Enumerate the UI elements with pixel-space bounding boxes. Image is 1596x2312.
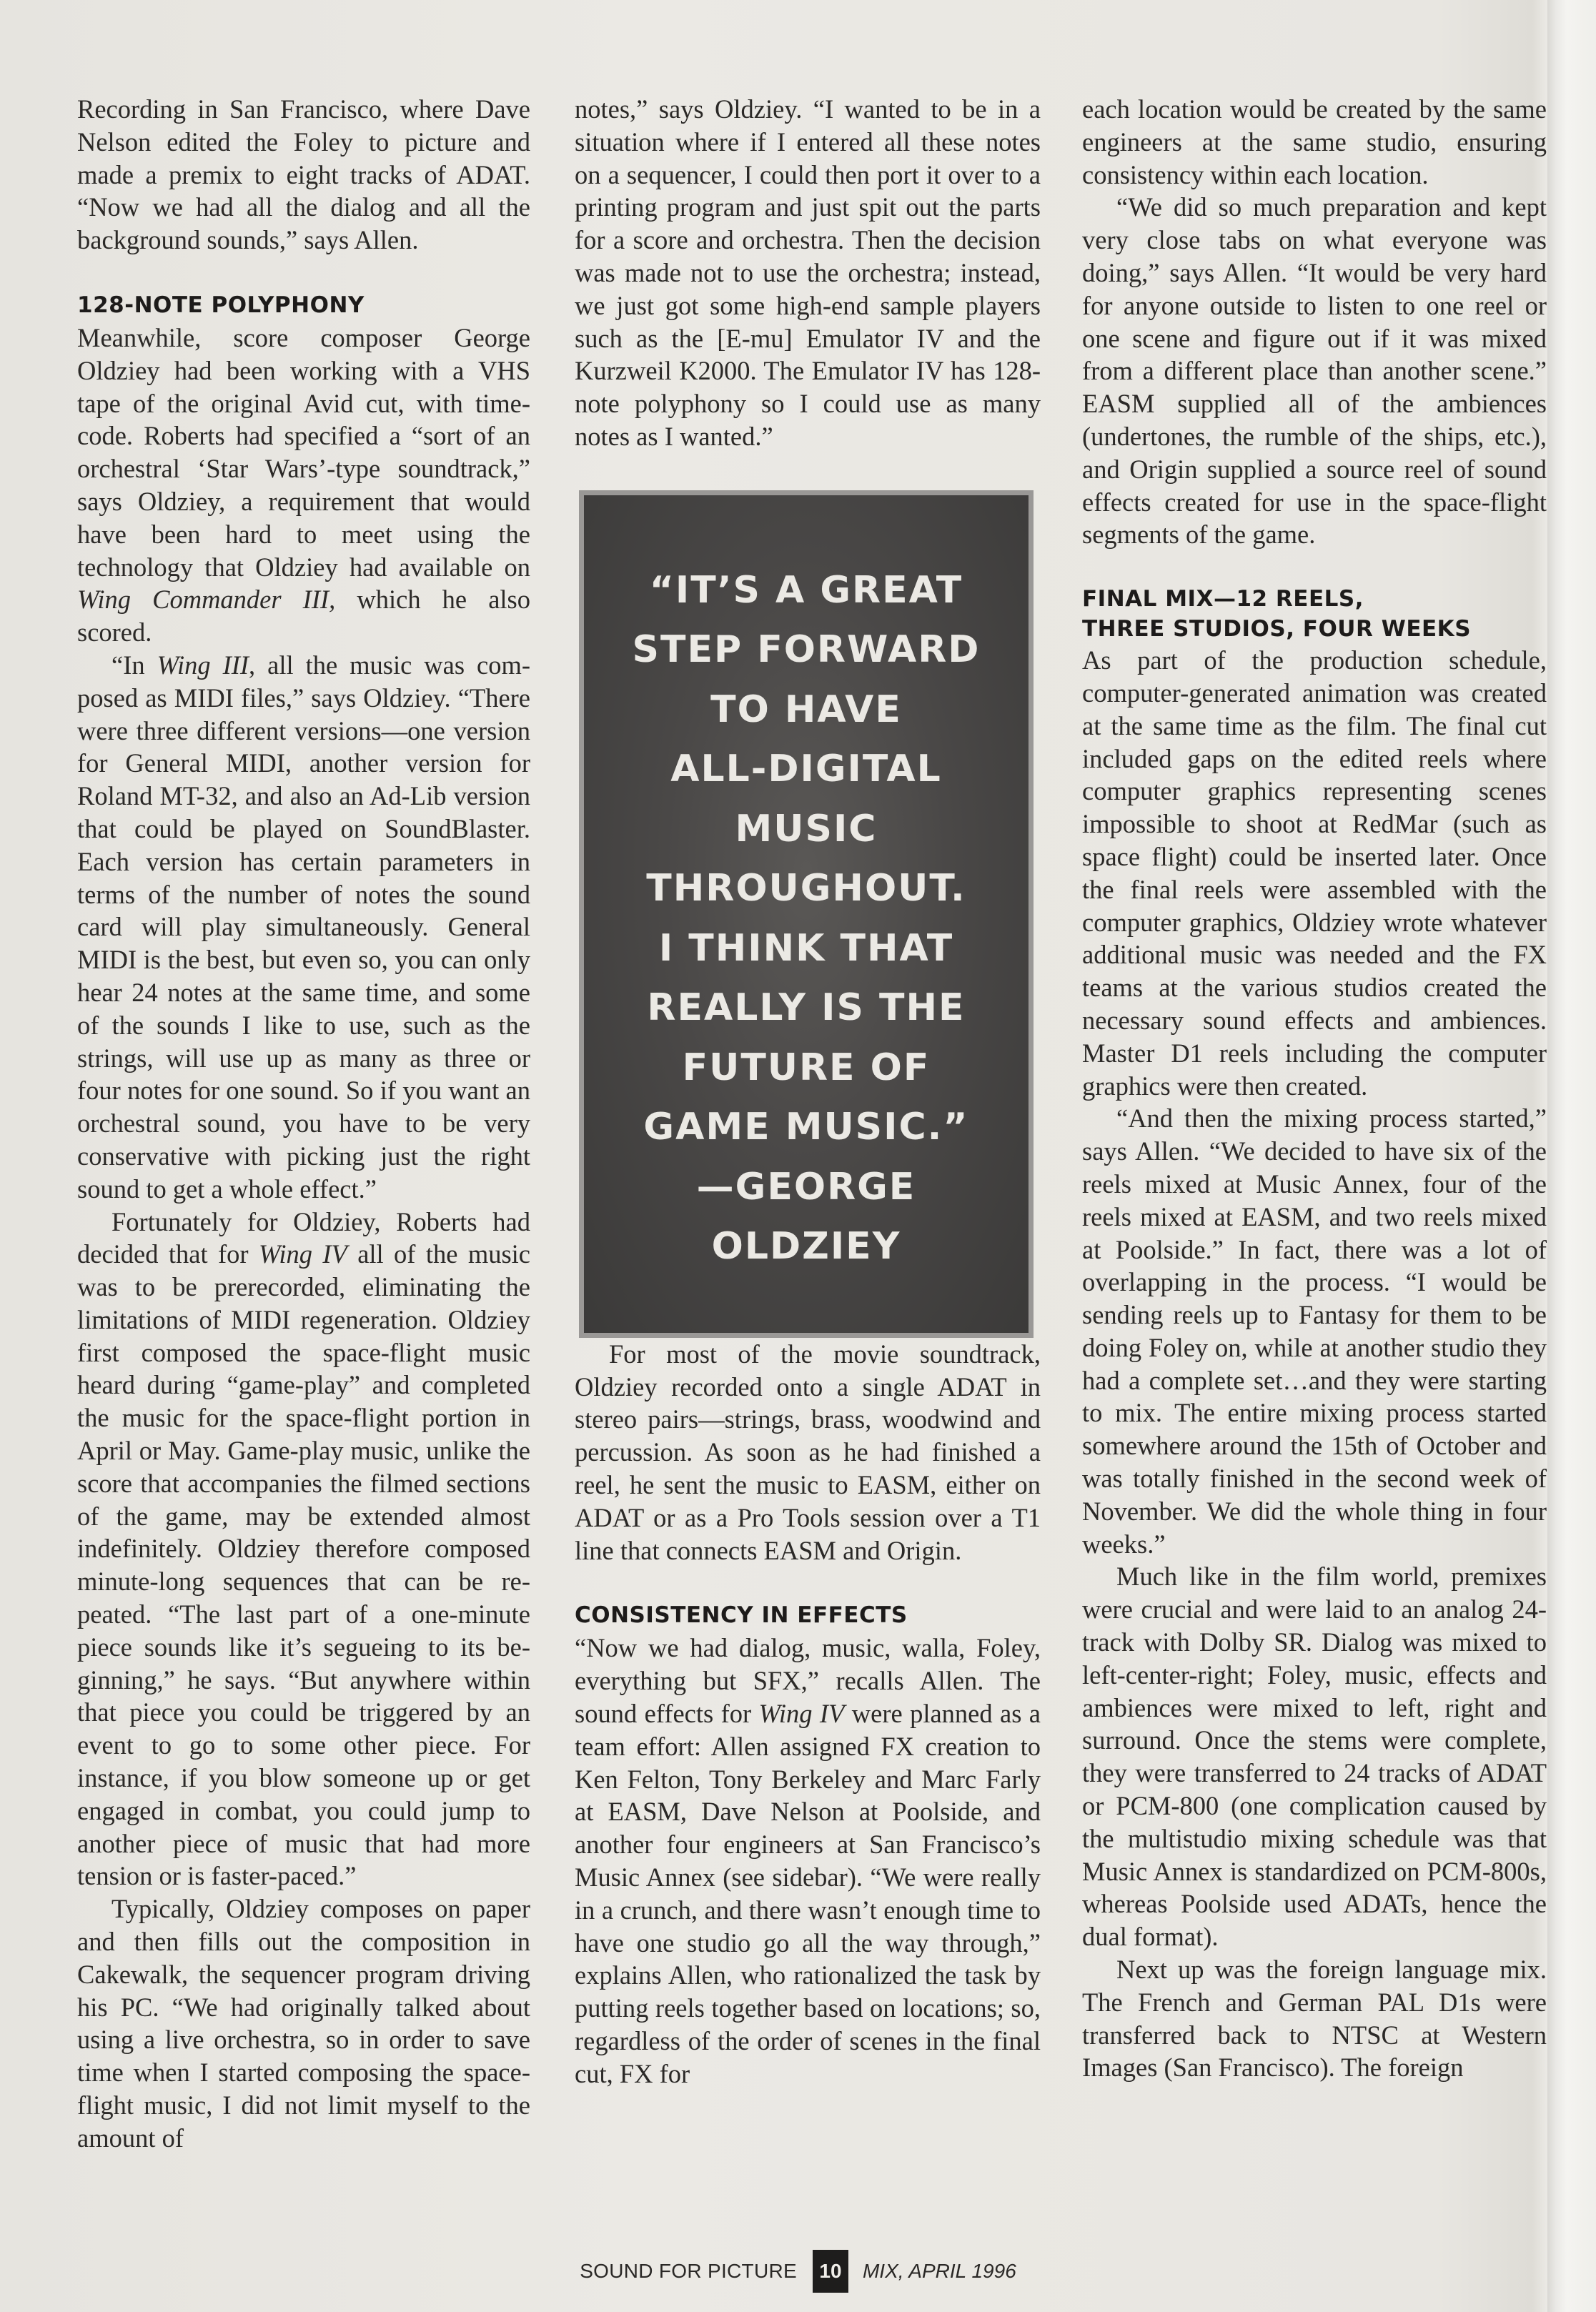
body-paragraph: “We did so much preparation and kept ver…: [1082, 191, 1547, 551]
italic-title: Wing IV: [759, 1699, 845, 1728]
body-paragraph: Typically, Oldziey composes on paper and…: [77, 1892, 530, 2154]
pull-quote-line: ALL-DIGITAL: [670, 740, 941, 800]
article-column-3: each location would be created by the sa…: [1082, 93, 1547, 2084]
text-run: Meanwhile, score composer George Oldziey…: [77, 323, 530, 582]
pull-quote-line: “IT’S A GREAT: [650, 561, 963, 621]
page-footer: SOUND FOR PICTURE 10 MIX, APRIL 1996: [0, 2251, 1596, 2291]
italic-title: Wing Commander III,: [77, 585, 335, 614]
section-heading-consistency: CONSISTENCY IN EFFECTS: [575, 1599, 1041, 1632]
body-paragraph: Fortunately for Oldziey, Roberts had dec…: [77, 1206, 530, 1893]
body-paragraph: “And then the mixing process start­ed,” …: [1082, 1102, 1547, 1560]
text-run: “In: [111, 650, 157, 680]
section-heading-final-mix: FINAL MIX—12 REELS, THREE STUDIOS, FOUR …: [1082, 584, 1547, 644]
pull-quote-attribution: —GEORGE: [697, 1158, 916, 1218]
pull-quote-line: STEP FORWARD: [633, 620, 981, 680]
footer-issue-date: MIX, APRIL 1996: [863, 2260, 1016, 2283]
pull-quote-line: TO HAVE: [710, 680, 902, 740]
pull-quote-box: “IT’S A GREAT STEP FORWARD TO HAVE ALL-D…: [579, 490, 1034, 1338]
pull-quote-line: GAME MUSIC.”: [643, 1098, 968, 1158]
pull-quote-attribution: OLDZIEY: [712, 1217, 901, 1277]
article-column-1: Recording in San Francisco, where Dave N…: [77, 93, 530, 2155]
body-paragraph: “Now we had dialog, music, walla, Foley,…: [575, 1632, 1041, 2090]
body-paragraph: “In Wing III, all the music was com­pose…: [77, 649, 530, 1206]
text-run: all of the music was to be prerecorded, …: [77, 1239, 530, 1890]
body-paragraph: For most of the movie soundtrack, Oldzie…: [575, 1338, 1041, 1567]
page-edge-shadow: [1547, 0, 1596, 2312]
pull-quote-line: FUTURE OF: [683, 1038, 931, 1098]
pull-quote-line: THROUGHOUT.: [646, 859, 966, 919]
footer-section-name: SOUND FOR PICTURE: [580, 2260, 797, 2283]
article-column-2: notes,” says Oldziey. “I wanted to be in…: [575, 93, 1041, 2090]
pull-quote-line: REALLY IS THE: [647, 978, 965, 1038]
body-paragraph: each location would be created by the sa…: [1082, 93, 1547, 191]
magazine-page: Recording in San Francisco, where Dave N…: [0, 0, 1596, 2312]
body-paragraph: notes,” says Oldziey. “I wanted to be in…: [575, 93, 1041, 453]
body-paragraph: Much like in the film world, premix­es w…: [1082, 1560, 1547, 1953]
section-heading-polyphony: 128-NOTE POLYPHONY: [77, 289, 530, 322]
italic-title: Wing IV: [259, 1239, 347, 1269]
pull-quote-line: I THINK THAT: [659, 919, 953, 979]
heading-line: THREE STUDIOS, FOUR WEEKS: [1082, 614, 1547, 644]
body-paragraph: Meanwhile, score composer George Oldziey…: [77, 322, 530, 649]
text-run: were planned as a team effort: Allen as­…: [575, 1699, 1041, 2088]
body-paragraph: Next up was the foreign language mix. Th…: [1082, 1953, 1547, 2084]
body-paragraph: Recording in San Francisco, where Dave N…: [77, 93, 530, 257]
heading-line: FINAL MIX—12 REELS,: [1082, 584, 1547, 614]
pull-quote-line: MUSIC: [735, 800, 878, 860]
page-number-badge: 10: [813, 2250, 848, 2293]
text-run: , all the music was com­posed as MIDI fi…: [77, 650, 530, 1204]
italic-title: Wing III: [157, 650, 249, 680]
body-paragraph: As part of the production schedule, comp…: [1082, 644, 1547, 1102]
